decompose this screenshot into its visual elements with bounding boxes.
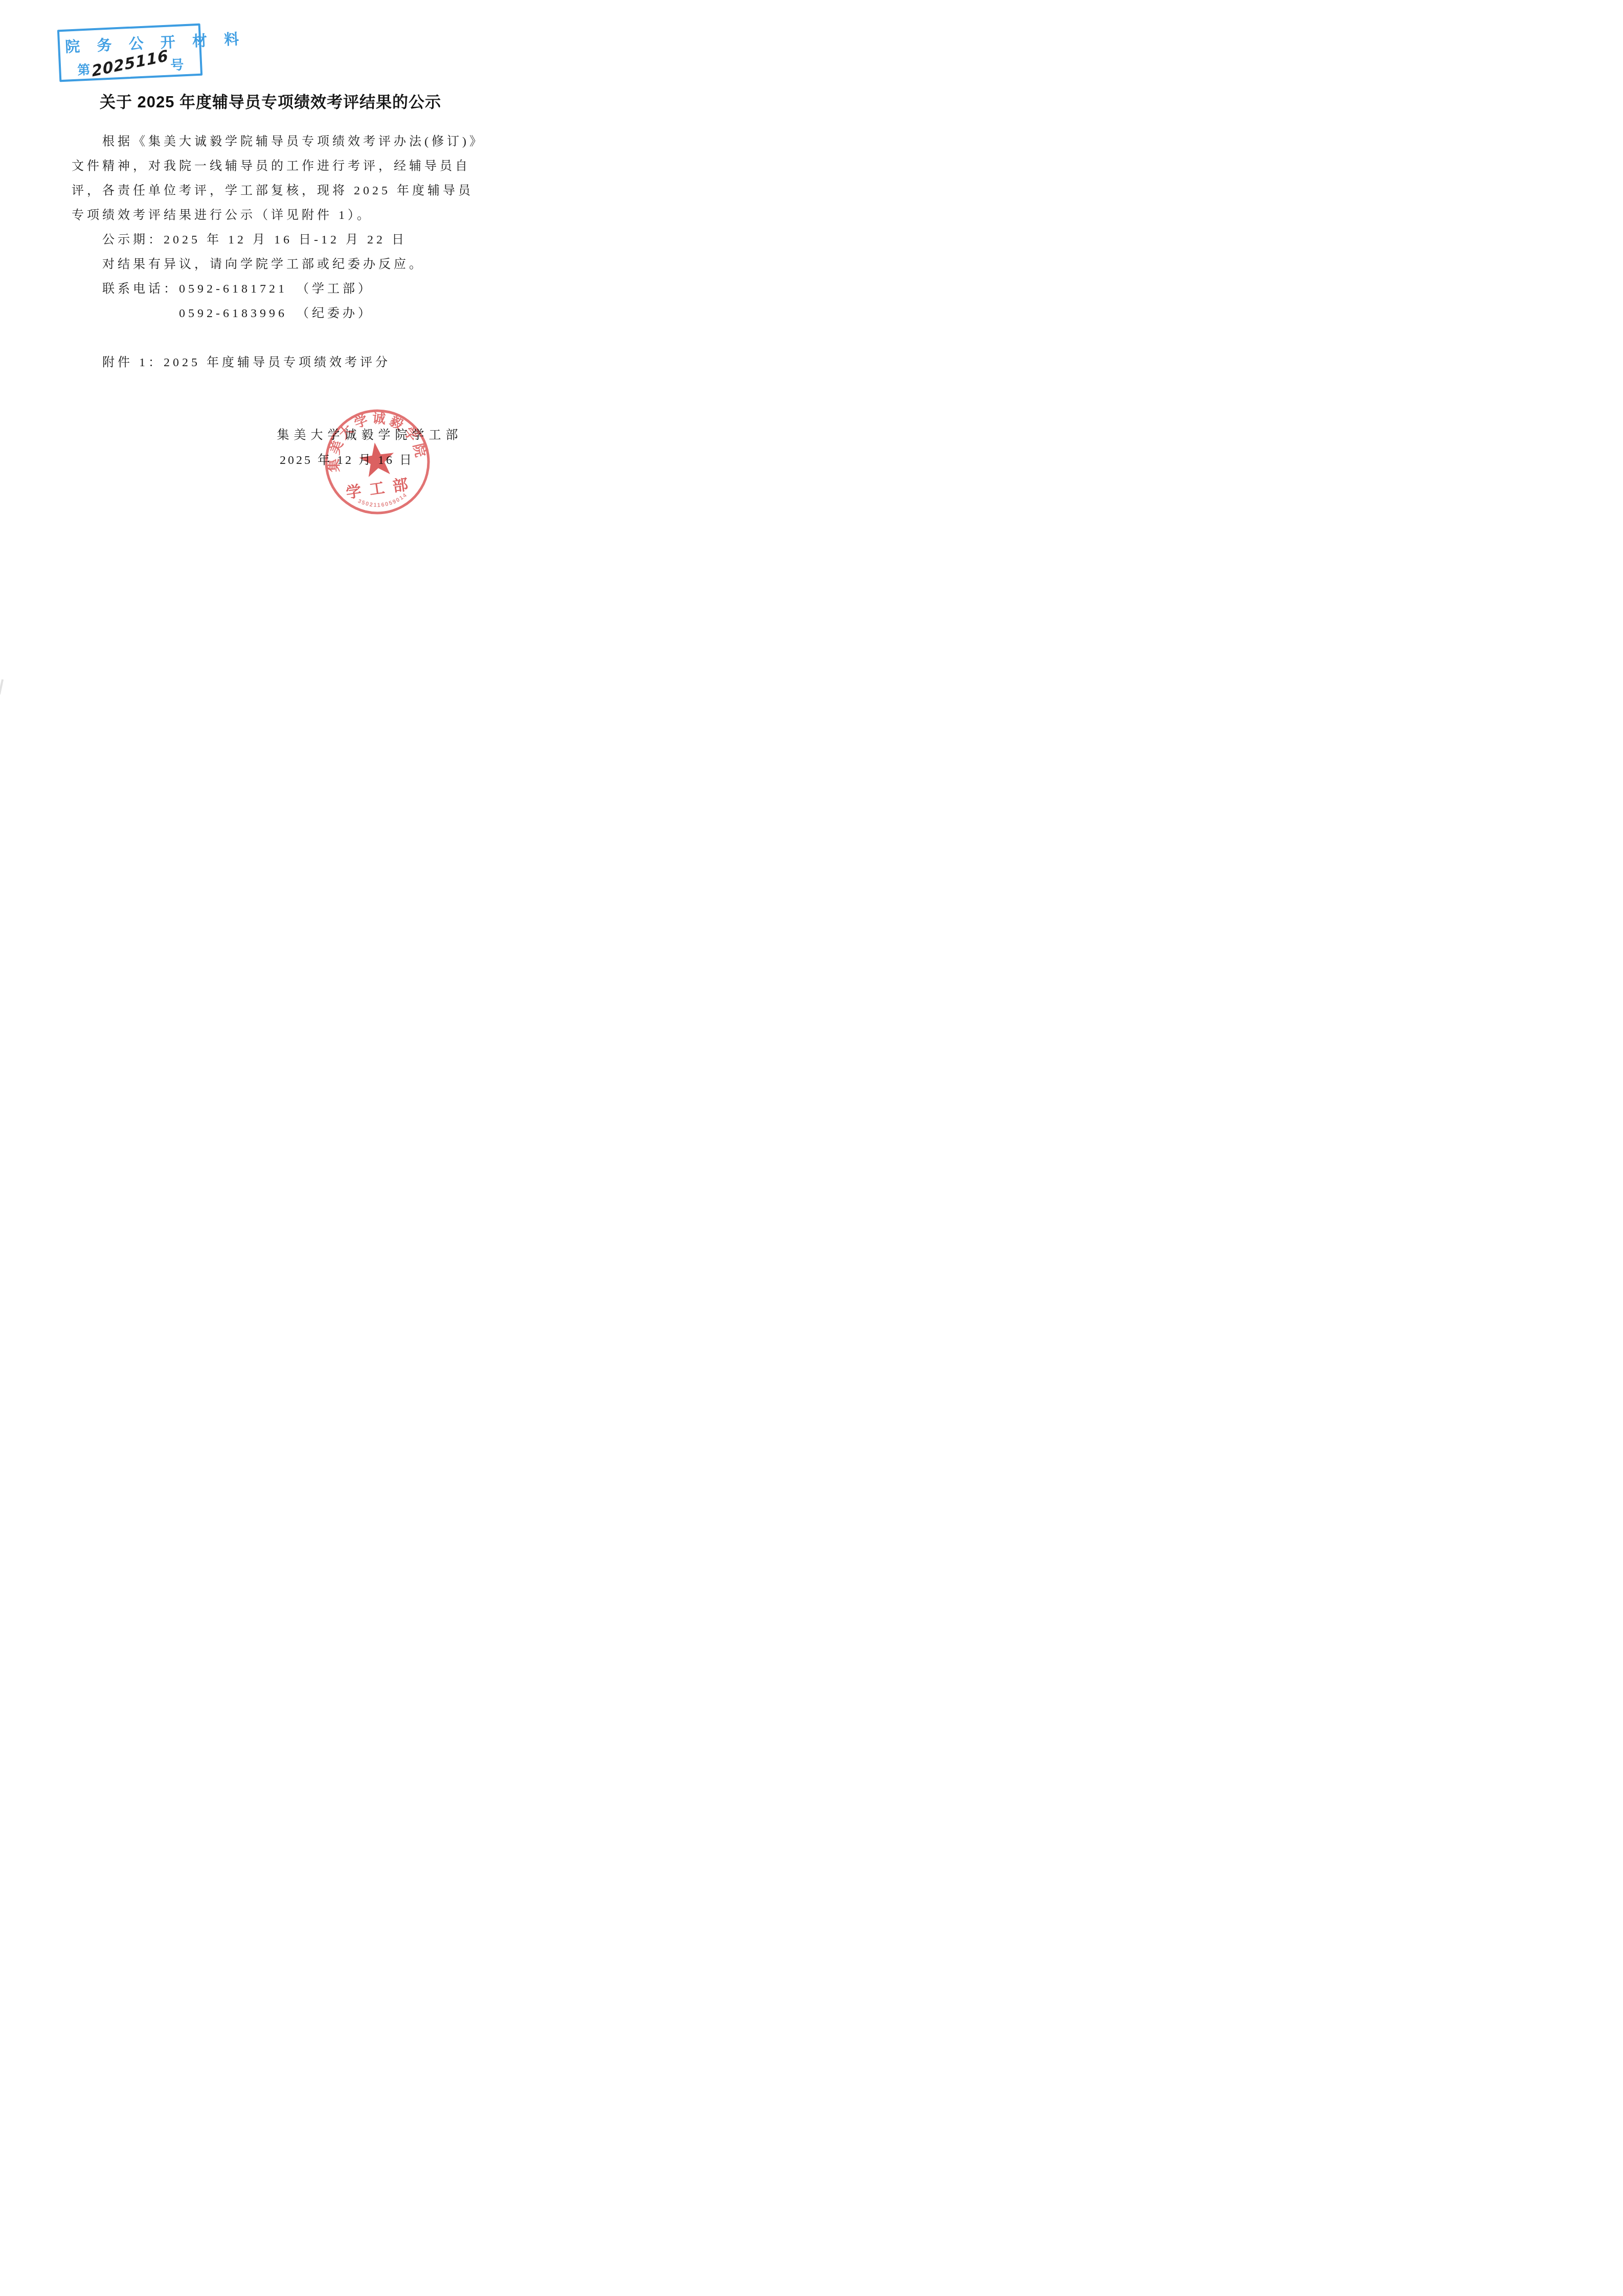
phone-line-jiweiban: 0592-6183996 （纪委办）: [72, 301, 478, 326]
publicity-period-line: 公示期：2025 年 12 月 16 日-12 月 22 日: [72, 228, 478, 252]
body-line-3: 评，各责任单位考评，学工部复核，现将 2025 年度辅导员: [72, 179, 478, 203]
publicity-stamp: 院 务 公 开 材 料 第 2025116 号: [57, 24, 202, 82]
scan-artifact: [0, 679, 4, 695]
notice-body: 根据《集美大诚毅学院辅导员专项绩效考评办法(修订)》 文件精神，对我院一线辅导员…: [72, 129, 478, 375]
stamp-number-prefix: 第: [77, 60, 91, 79]
body-line-2: 文件精神，对我院一线辅导员的工作进行考评，经辅导员自: [72, 154, 478, 179]
body-line-4: 专项绩效考评结果进行公示（详见附件 1）。: [72, 203, 478, 228]
signature-date: 2025 年 12 月 16 日: [270, 448, 423, 473]
document-page: 院 务 公 开 材 料 第 2025116 号 关于 2025 年度辅导员专项绩…: [0, 0, 541, 765]
objection-line: 对结果有异议，请向学院学工部或纪委办反应。: [72, 252, 478, 277]
svg-text:3502116059014: 3502116059014: [356, 491, 410, 511]
signature-org: 集美大学诚毅学院学工部: [267, 423, 472, 448]
notice-title: 关于 2025 年度辅导员专项绩效考评结果的公示: [0, 89, 541, 112]
seal-horizontal-text: 学工部: [345, 475, 417, 502]
attachment-line: 附件 1：2025 年度辅导员专项绩效考评分: [72, 350, 478, 375]
stamp-number-suffix: 号: [170, 54, 184, 74]
body-line-1: 根据《集美大诚毅学院辅导员专项绩效考评办法(修订)》: [72, 129, 478, 154]
seal-serial-number: 3502116059014: [356, 491, 410, 511]
phone-line-xuegongbu: 联系电话：0592-6181721 （学工部）: [72, 277, 478, 301]
